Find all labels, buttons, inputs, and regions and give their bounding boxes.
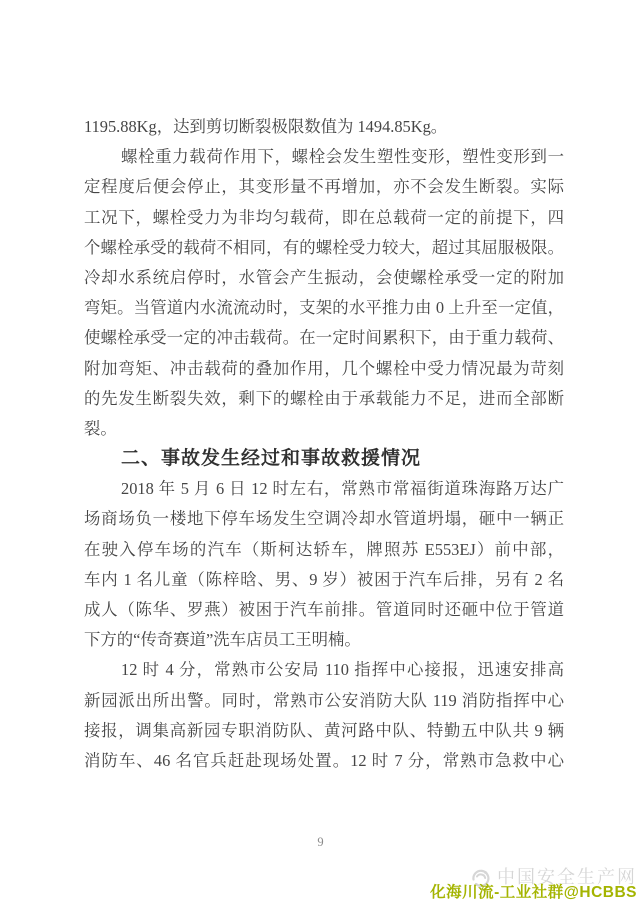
page-number: 9 <box>0 835 641 850</box>
text-line: 附加弯矩、冲击载荷的叠加作用，几个螺栓中受力情况最为苛刻 <box>84 354 564 384</box>
text-line: 消防车、46 名官兵赶赴现场处置。12 时 7 分，常熟市急救中心 <box>84 746 564 776</box>
text-line: 接报，调集高新园专职消防队、黄河路中队、特勤五中队共 9 辆 <box>84 716 564 746</box>
text-line: 的先发生断裂失效，剩下的螺栓由于承载能力不足，进而全部断 <box>84 384 564 414</box>
text-line: 场商场负一楼地下停车场发生空调冷却水管道坍塌，砸中一辆正 <box>84 504 564 534</box>
section-heading: 二、事故发生经过和事故救援情况 <box>84 444 564 474</box>
text-line: 下方的“传奇赛道”洗车店员工王明楠。 <box>84 625 564 655</box>
text-line: 冷却水系统启停时，水管会产生振动，会使螺栓承受一定的附加 <box>84 263 564 293</box>
watermark-community-name: 化海川流-工业社群@HCBBS <box>430 885 637 901</box>
text-line: 工况下，螺栓受力为非均匀载荷，即在总载荷一定的前提下，四 <box>84 203 564 233</box>
text-line: 定程度后便会停止，其变形量不再增加，亦不会发生断裂。实际 <box>84 172 564 202</box>
document-page: 1195.88Kg，达到剪切断裂极限数值为 1494.85Kg。螺栓重力载荷作用… <box>0 0 641 906</box>
text-line: 裂。 <box>84 414 564 444</box>
text-line: 2018 年 5 月 6 日 12 时左右，常熟市常福街道珠海路万达广 <box>84 474 564 504</box>
text-line: 成人（陈华、罗燕）被困于汽车前排。管道同时还砸中位于管道 <box>84 595 564 625</box>
text-line: 弯矩。当管道内水流流动时，支架的水平推力由 0 上升至一定值， <box>84 293 564 323</box>
text-line: 车内 1 名儿童（陈梓晗、男、9 岁）被困于汽车后排，另有 2 名 <box>84 565 564 595</box>
text-line: 螺栓重力载荷作用下，螺栓会发生塑性变形，塑性变形到一 <box>84 142 564 172</box>
text-line: 在驶入停车场的汽车（斯柯达轿车，牌照苏 E553EJ）前中部， <box>84 535 564 565</box>
text-line: 1195.88Kg，达到剪切断裂极限数值为 1494.85Kg。 <box>84 112 564 142</box>
text-line: 12 时 4 分，常熟市公安局 110 指挥中心接报，迅速安排高 <box>84 655 564 685</box>
text-line: 新园派出所出警。同时，常熟市公安消防大队 119 消防指挥中心 <box>84 686 564 716</box>
watermark: 中国安全生产网 化海川流-工业社群@HCBBS <box>430 867 637 901</box>
text-line: 个螺栓承受的载荷不相同，有的螺栓受力较大，超过其屈服极限。 <box>84 233 564 263</box>
text-line: 使螺栓承受一定的冲击载荷。在一定时间累积下，由于重力载荷、 <box>84 323 564 353</box>
document-body: 1195.88Kg，达到剪切断裂极限数值为 1494.85Kg。螺栓重力载荷作用… <box>84 112 564 776</box>
